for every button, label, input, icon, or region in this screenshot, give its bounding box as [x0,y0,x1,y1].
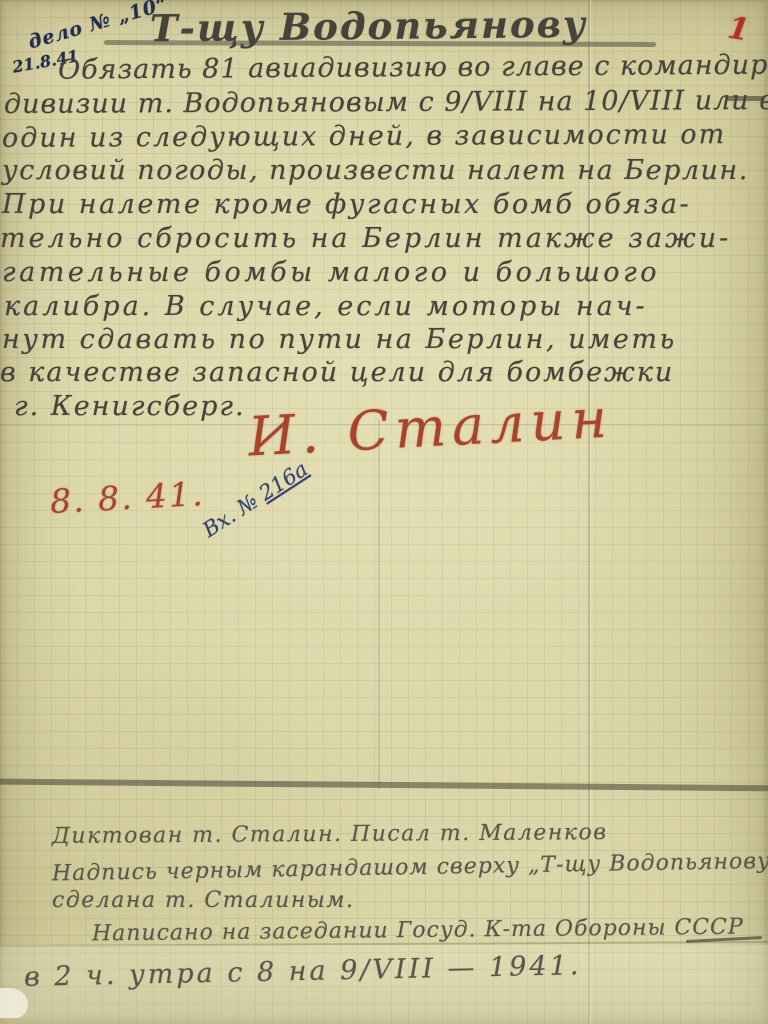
body-line: гательные бомбы малого и большого [2,257,660,288]
body-line: условий погоды, произвести налет на Берл… [2,155,749,186]
annotation-line-1: Диктован т. Сталин. Писал т. Маленков [52,820,608,849]
body-line: один из следующих дней, в зависимости от [2,119,726,154]
annotation-line-3: сделана т. Сталиным. [52,888,355,913]
page-title: Т-щу Водопьянову [150,2,588,51]
body-line: калибра. В случае, если моторы нач- [4,291,648,322]
body-line: дивизии т. Водопьяновым с 9/VIII на 10/V… [4,85,768,120]
incoming-stamp: Вх. № 216а [198,457,312,542]
pencil-divider-line [0,779,768,792]
signature-date: 8. 8. 41. [49,474,205,521]
body-line: тельно сбросить на Берлин также зажи- [0,223,731,254]
annotation-line-2: Надпись черным карандашом сверху „Т-щу В… [52,849,768,887]
body-line: нут сдавать по пути на Берлин, иметь [2,324,677,355]
body-line: При налете кроме фугасных бомб обяза- [2,189,691,220]
document-page: дело № „10“ 21.8.41 1 Т-щу Водопьянову О… [0,0,768,1024]
signature: И. Сталин [247,386,615,468]
incoming-stamp-prefix: Вх. № [198,489,262,542]
body-line: Обязать 81 авиадивизию во главе с команд… [58,49,768,85]
fold-crease-vertical-mid [378,420,380,790]
page-number: 1 [725,11,751,49]
body-line: г. Кенигсберг. [14,391,246,422]
body-line: в качестве запасной цели для бомбежки [0,357,674,388]
